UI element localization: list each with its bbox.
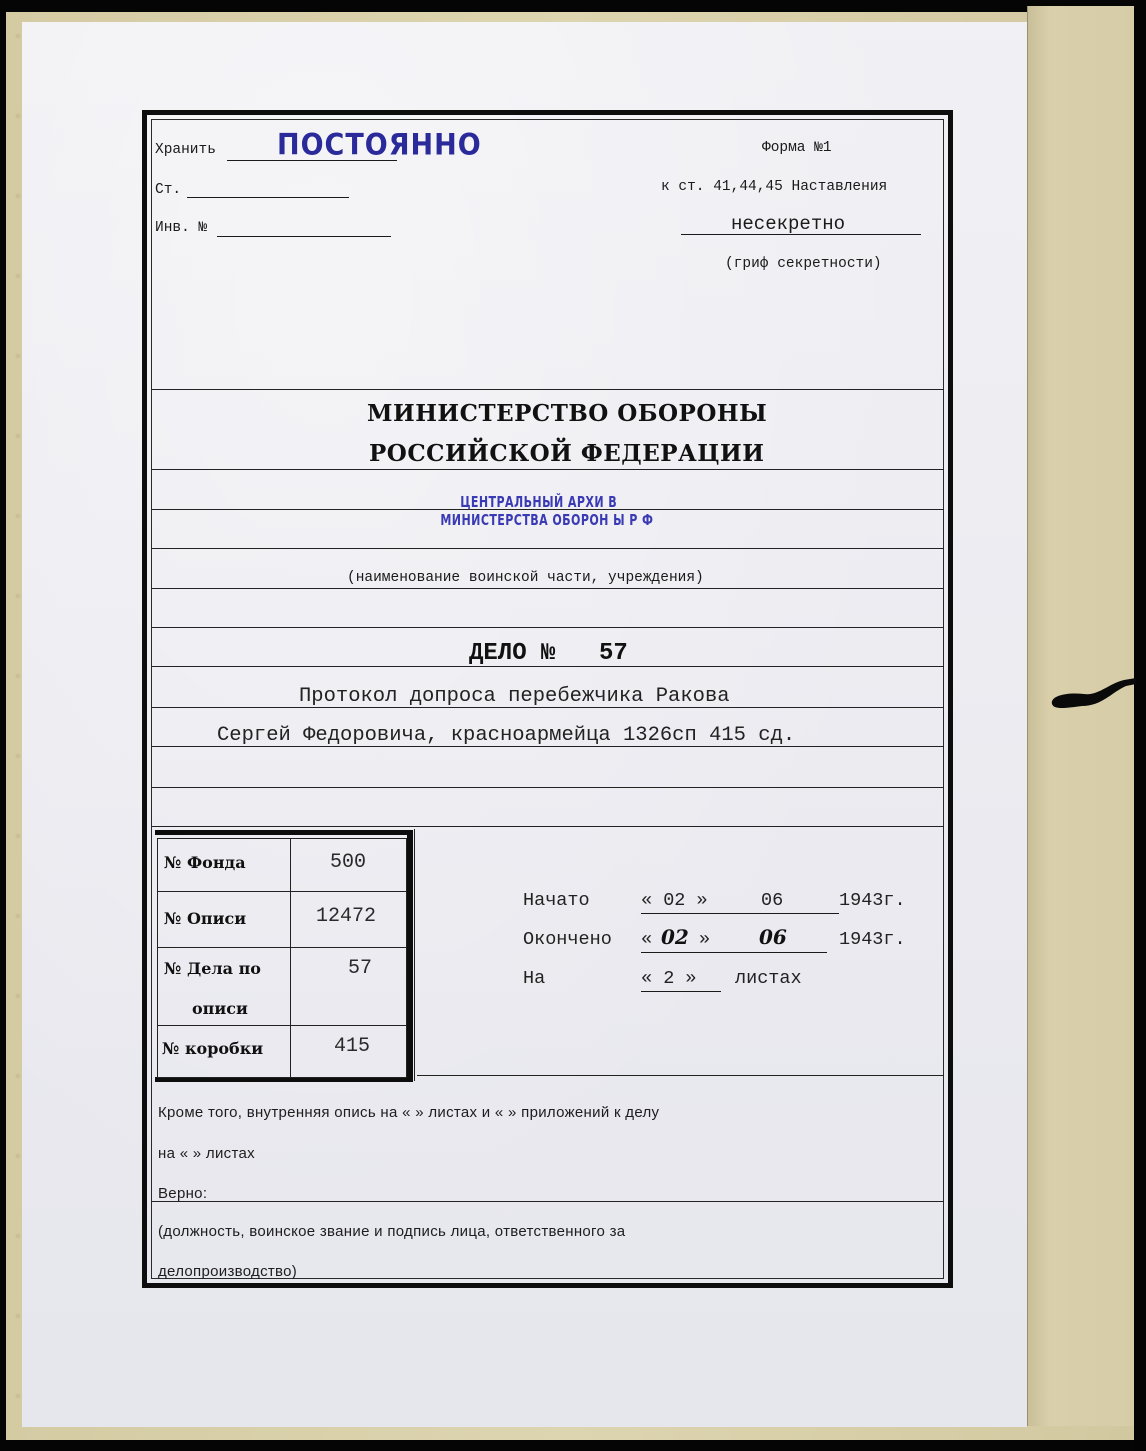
sheets-underline: [641, 991, 721, 992]
divider: [151, 548, 944, 549]
ended-month-handwritten: 06: [759, 925, 787, 949]
ended-close-quote: »: [699, 929, 710, 950]
inv-field[interactable]: [217, 236, 391, 237]
table-row-divider: [158, 891, 406, 892]
divider: [151, 1201, 944, 1202]
ended-day-handwritten: 02: [661, 925, 689, 949]
sheets-value: « 2 »: [641, 968, 697, 989]
table-right-edge: [414, 829, 415, 1081]
st-field[interactable]: [187, 197, 349, 198]
case-description-line-1: Протокол допроса перебежчика Ракова: [299, 685, 730, 708]
unit-caption: (наименование воинской части, учреждения…: [347, 570, 704, 586]
started-label: Начато: [523, 890, 590, 911]
divider: [151, 469, 944, 470]
folder-tie-string-icon: [1046, 676, 1136, 712]
divider: [417, 1075, 944, 1076]
box-value: 415: [334, 1035, 370, 1058]
signature-caption-line-2: делопроизводство): [158, 1263, 297, 1280]
fond-value: 500: [330, 851, 366, 874]
started-underline: [641, 913, 839, 914]
case-number: 57: [599, 640, 628, 667]
inv-label: Инв. №: [155, 220, 207, 236]
inventory-line: Кроме того, внутренняя опись на « » лист…: [158, 1104, 659, 1121]
ended-year: 1943г.: [839, 929, 906, 950]
started-day: « 02 »: [641, 890, 708, 911]
opis-label: № Описи: [164, 909, 246, 928]
table-row-divider: [158, 947, 406, 948]
started-year: 1943г.: [839, 890, 906, 911]
ministry-line-2: РОССИЙСКОЙ ФЕДЕРАЦИИ: [369, 440, 764, 467]
divider: [151, 627, 944, 628]
delo-value: 57: [348, 957, 372, 980]
verified-label: Верно:: [158, 1185, 207, 1202]
divider: [151, 826, 944, 827]
case-title-label: ДЕЛО №: [469, 640, 555, 667]
scan-edge-shadow: [1134, 0, 1146, 1451]
case-cover-form: Хранить ПОСТОЯННО Ст. Инв. № Форма №1 к …: [142, 110, 953, 1288]
case-description-line-2: Сергей Федоровича, красноармейца 1326сп …: [217, 724, 795, 747]
keep-stamp: ПОСТОЯННО: [277, 129, 482, 162]
sheets-suffix: листах: [735, 968, 802, 989]
table-column-divider: [290, 839, 291, 1077]
divider: [151, 389, 944, 390]
divider: [151, 588, 944, 589]
form-number: Форма №1: [762, 140, 832, 156]
archive-stamp-line-1: ЦЕНТРАЛЬНЫЙ АРХИ В: [460, 493, 617, 511]
secrecy-value: несекретно: [731, 213, 845, 235]
form-reference: к ст. 41,44,45 Наставления: [661, 179, 887, 195]
ministry-line-1: МИНИСТЕРСТВО ОБОРОНЫ: [367, 400, 767, 427]
signature-caption-line-1: (должность, воинское звание и подпись ли…: [158, 1223, 625, 1240]
table-row-divider: [158, 1025, 406, 1026]
divider: [151, 787, 944, 788]
sheets-label: На: [523, 968, 545, 989]
keep-label: Хранить: [155, 142, 216, 158]
sheets-line: на « » листах: [158, 1145, 255, 1162]
archive-stamp-line-2: МИНИСТЕРСТВА ОБОРОН Ы Р Ф: [440, 511, 653, 529]
started-month: 06: [761, 890, 783, 911]
ended-underline: [641, 952, 827, 953]
archive-reference-table: № Фонда 500 № Описи 12472 № Дела по опис…: [155, 830, 413, 1082]
ended-label: Окончено: [523, 929, 612, 950]
ended-open-quote: «: [641, 929, 652, 950]
fond-label: № Фонда: [164, 853, 246, 872]
st-label: Ст.: [155, 182, 181, 198]
delo-label: № Дела по: [164, 959, 261, 978]
box-label: № коробки: [162, 1039, 263, 1058]
secrecy-underline: [681, 234, 921, 235]
opis-value: 12472: [316, 905, 376, 928]
folder-spine-flap: [1027, 6, 1135, 1426]
delo-label-2: описи: [192, 999, 248, 1018]
secrecy-caption: (гриф секретности): [725, 256, 882, 272]
